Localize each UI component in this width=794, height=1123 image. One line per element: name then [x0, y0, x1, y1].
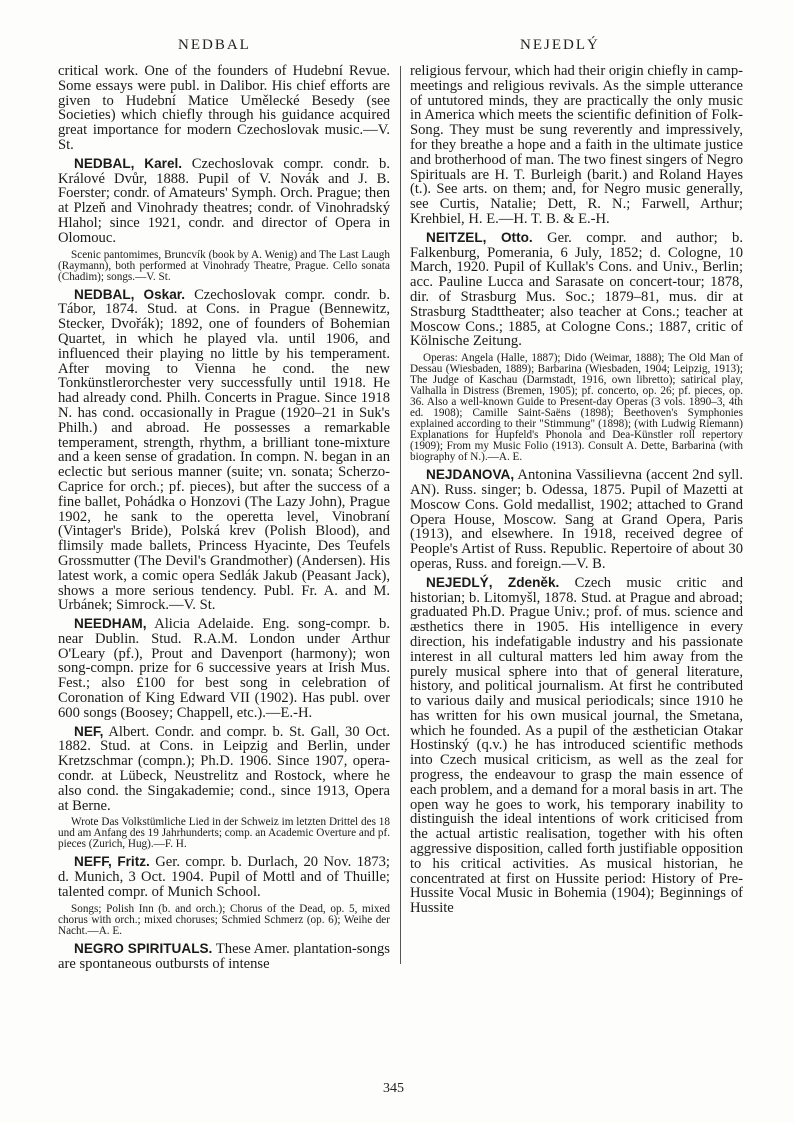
entry-neff: NEFF, Fritz. Ger. compr. b. Durlach, 20 … — [58, 855, 390, 899]
works-list: Songs; Polish Inn (b. and orch.); Chorus… — [58, 904, 390, 937]
entry-negro-spirituals: NEGRO SPIRITUALS. These Amer. plantation… — [58, 942, 390, 972]
dictionary-page: NEDBAL NEJEDLÝ critical work. One of the… — [0, 0, 794, 1123]
entry-body: Ger. compr. and author; b. Falkenburg, P… — [410, 230, 743, 350]
entry-continuation: religious fervour, which had their origi… — [410, 64, 743, 227]
headword: NEEDHAM, — [74, 616, 147, 631]
entry-nedbal-karel: NEDBAL, Karel. Czechoslovak compr. condr… — [58, 157, 390, 246]
entry-body: Czechoslovak compr. condr. b. Tábor, 187… — [58, 287, 390, 614]
right-column: religious fervour, which had their origi… — [410, 64, 743, 920]
entry-body: Albert. Condr. and compr. b. St. Gall, 3… — [58, 724, 390, 814]
headword: NEGRO SPIRITUALS. — [74, 941, 212, 956]
headword: NEF, — [74, 724, 103, 739]
entry-continuation: critical work. One of the founders of Hu… — [58, 64, 390, 153]
entry-body: Antonina Vassilievna (accent 2nd syll. A… — [410, 467, 743, 572]
column-divider — [400, 66, 401, 964]
running-head-right: NEJEDLÝ — [520, 37, 600, 54]
works-list: Wrote Das Volkstümliche Lied in der Schw… — [58, 817, 390, 850]
headword: NEJEDLÝ, Zdeněk. — [426, 575, 559, 590]
left-column: critical work. One of the founders of Hu… — [58, 64, 390, 975]
works-list: Scenic pantomimes, Bruncvík (book by A. … — [58, 250, 390, 283]
headword: NEITZEL, Otto. — [426, 230, 533, 245]
page-number: 345 — [383, 1081, 404, 1097]
entry-nejedly: NEJEDLÝ, Zdeněk. Czech music critic and … — [410, 576, 743, 916]
entry-body: Alicia Adelaide. Eng. song-compr. b. nea… — [58, 616, 390, 721]
headword: NEJDANOVA, — [426, 467, 514, 482]
headword: NEFF, Fritz. — [74, 854, 150, 869]
entry-neitzel: NEITZEL, Otto. Ger. compr. and author; b… — [410, 231, 743, 349]
running-head-left: NEDBAL — [178, 37, 251, 54]
headword: NEDBAL, Oskar. — [74, 287, 185, 302]
entry-body: Czech music critic and historian; b. Lit… — [410, 575, 743, 917]
entry-nejdanova: NEJDANOVA, Antonina Vassilievna (accent … — [410, 468, 743, 572]
entry-nedbal-oskar: NEDBAL, Oskar. Czechoslovak compr. condr… — [58, 288, 390, 614]
entry-nef: NEF, Albert. Condr. and compr. b. St. Ga… — [58, 725, 390, 814]
entry-needham: NEEDHAM, Alicia Adelaide. Eng. song-comp… — [58, 617, 390, 721]
headword: NEDBAL, Karel. — [74, 156, 182, 171]
works-list: Operas: Angela (Halle, 1887); Dido (Weim… — [410, 353, 743, 463]
